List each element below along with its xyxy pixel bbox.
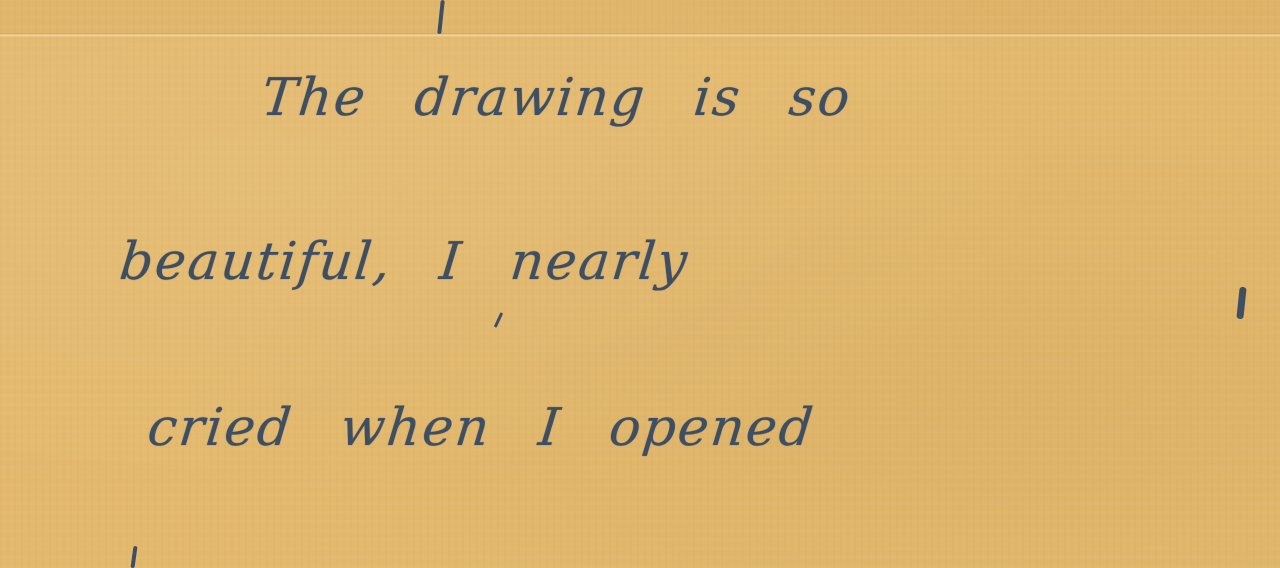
word: The (259, 68, 370, 128)
word: drawing (412, 68, 649, 128)
paper-fold-crease (0, 33, 1280, 37)
word: cried (145, 398, 296, 458)
word: nearly (507, 232, 691, 292)
word: beautiful, (117, 232, 395, 292)
word: so (786, 68, 854, 128)
handwritten-line-3: criedwhenIopened (145, 398, 866, 458)
word: opened (606, 398, 817, 458)
word: I (437, 232, 466, 292)
word: is (691, 68, 745, 128)
word: I (536, 398, 565, 458)
handwritten-line-2: beautiful,Inearly (117, 232, 740, 292)
word: when (338, 398, 495, 458)
handwritten-line-1: Thedrawingisso (259, 68, 903, 128)
previous-fold-section (0, 0, 1280, 34)
